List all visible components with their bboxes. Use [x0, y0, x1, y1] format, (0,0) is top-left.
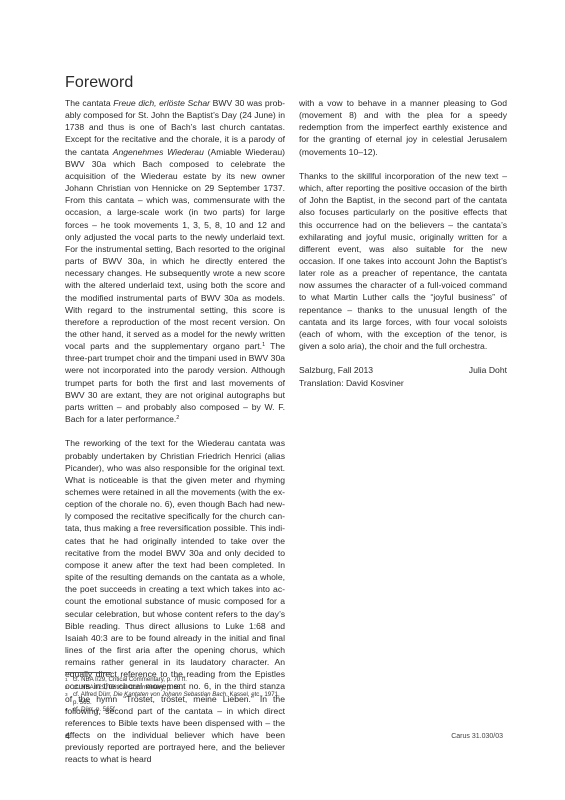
footnote-item: 4 cf. Dürr, p. 565f.: [65, 706, 285, 714]
footnote-text: cf. NBA I/29, Critical Commentary, p. 68…: [73, 684, 285, 692]
work-title: Angenehmes Wiederau: [113, 147, 204, 157]
page-number: 4: [65, 731, 70, 742]
footnote-number: 4: [65, 706, 73, 714]
translator-credit: Translation: David Kosviner: [299, 377, 507, 389]
catalog-code: Carus 31.030/03: [451, 733, 503, 740]
body-paragraph: with a vow to behave in a manner pleasin…: [299, 97, 507, 158]
footnote-text: cf. Dürr, p. 565f.: [73, 706, 285, 714]
book-title: Die Kantaten von Johann Sebastian Bach: [113, 691, 226, 698]
footnote-item: 3 cf. Alfred Dürr, Die Kantaten von Joha…: [65, 691, 285, 706]
right-column: with a vow to behave in a manner pleasin…: [299, 97, 507, 389]
work-title: Freue dich, erlöste Schar: [113, 98, 210, 108]
footnote-divider: [65, 672, 111, 673]
body-paragraph: The cantata Freue dich, erlöste Schar BW…: [65, 97, 285, 425]
text-run: The cantata: [65, 98, 113, 108]
footnote-number: 2: [65, 684, 73, 692]
author-name: Julia Doht: [469, 364, 507, 376]
left-column: The cantata Freue dich, erlöste Schar BW…: [65, 97, 285, 766]
body-paragraph: The reworking of the text for the Wieder…: [65, 437, 285, 765]
footnote-item: 1 cf. NBA I/29, Critical Commentary, p. …: [65, 676, 285, 684]
footnote-ref[interactable]: 2: [176, 415, 179, 421]
body-paragraph: Thanks to the skillful incorporation of …: [299, 170, 507, 352]
text-run: cf. Alfred Dürr,: [73, 691, 113, 698]
signature-line: Salzburg, Fall 2013 Julia Doht: [299, 364, 507, 376]
text-run: (Amiable Wiederau) BWV 30a which Bach co…: [65, 147, 285, 352]
footnote-text: cf. NBA I/29, Critical Commentary, p. 70…: [73, 676, 285, 684]
footnotes: 1 cf. NBA I/29, Critical Commentary, p. …: [65, 676, 285, 714]
footnote-number: 1: [65, 676, 73, 684]
place-date: Salzburg, Fall 2013: [299, 364, 373, 376]
page-title: Foreword: [65, 74, 133, 92]
footnote-number: 3: [65, 691, 73, 706]
footnote-text: cf. Alfred Dürr, Die Kantaten von Johann…: [73, 691, 285, 706]
text-run: The three-part trumpet choir and the tim…: [65, 341, 285, 424]
footnote-item: 2 cf. NBA I/29, Critical Commentary, p. …: [65, 684, 285, 692]
